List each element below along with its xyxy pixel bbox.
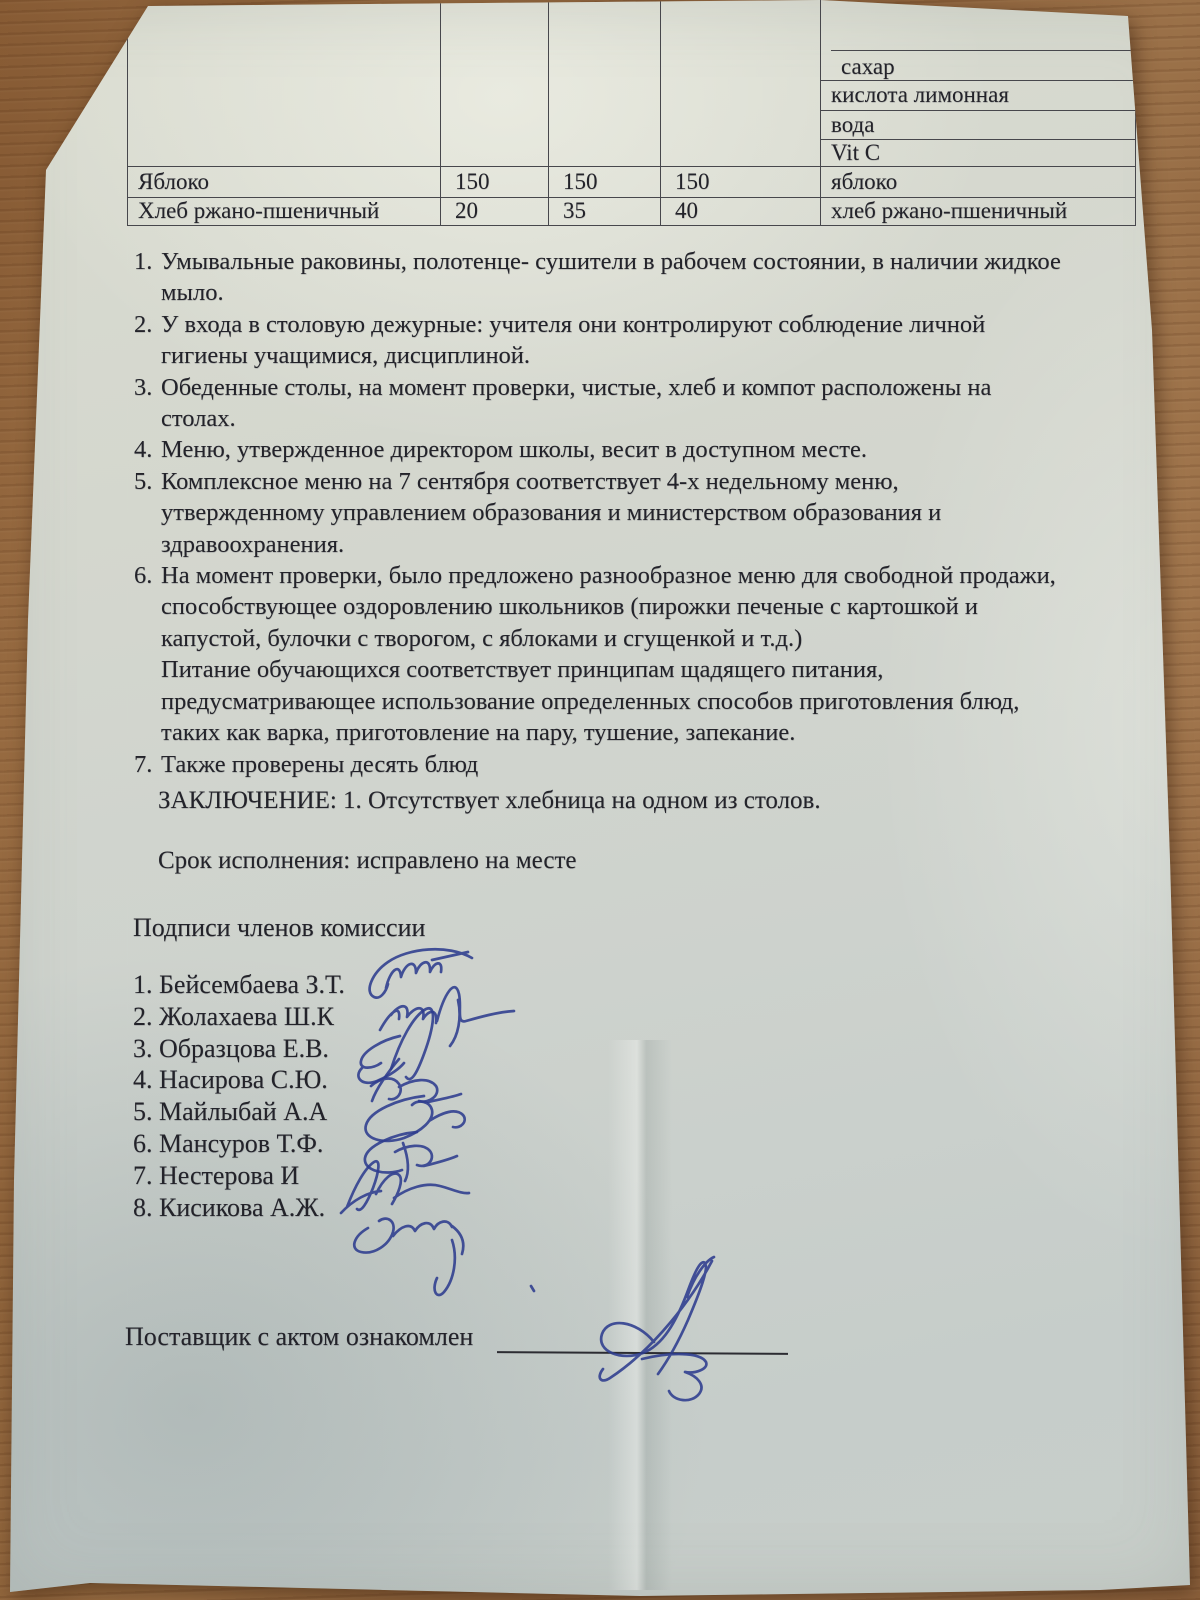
empty-dish-cell bbox=[128, 0, 441, 166]
member-name: 5. Майлыбай А.А bbox=[133, 1096, 345, 1128]
item-text: У входа в столовую дежурные: учителя они… bbox=[161, 309, 1066, 372]
item-text: На момент проверки, было предложено разн… bbox=[161, 560, 1066, 748]
portions-table: сахар кислота лимонная вода Vit C Яблоко… bbox=[127, 0, 1136, 226]
item-number: 7. bbox=[134, 749, 161, 780]
member-signature-4 bbox=[371, 1059, 461, 1102]
item-number: 2. bbox=[134, 309, 161, 372]
supplier-acknowledgement-label: Поставщик с актом ознакомлен bbox=[125, 1322, 473, 1352]
paper-crease bbox=[608, 1040, 672, 1590]
item-text: Также проверены десять блюд bbox=[161, 749, 1066, 780]
list-item: 7. Также проверены десять блюд bbox=[134, 749, 1074, 780]
item-number: 4. bbox=[134, 434, 161, 465]
commission-heading: Подписи членов комиссии bbox=[133, 913, 425, 943]
member-name: 8. Кисикова А.Ж. bbox=[133, 1192, 345, 1224]
item-text: Меню, утвержденное директором школы, вес… bbox=[161, 434, 1066, 465]
member-name: 2. Жолахаева Ш.К bbox=[133, 1001, 345, 1033]
member-signature-7 bbox=[341, 1161, 469, 1213]
member-name: 6. Мансуров Т.Ф. bbox=[133, 1128, 345, 1160]
commission-members-list: 1. Бейсембаева З.Т. 2. Жолахаева Ш.К 3. … bbox=[133, 969, 345, 1223]
member-signature-5 bbox=[366, 1096, 465, 1141]
conclusion-line: ЗАКЛЮЧЕНИЕ: 1. Отсутствует хлебница на о… bbox=[158, 787, 821, 815]
member-signature-1 bbox=[370, 949, 472, 997]
table-row: Хлеб ржано-пшеничный 20 35 40 хлеб ржано… bbox=[128, 197, 1136, 225]
list-item: 2. У входа в столовую дежурные: учителя … bbox=[134, 309, 1074, 372]
member-signature-3 bbox=[358, 1008, 433, 1083]
member-signature-2 bbox=[380, 987, 514, 1046]
list-item: 5. Комплексное меню на 7 сентября соотве… bbox=[134, 466, 1074, 560]
dish-name-cell: Хлеб ржано-пшеничный bbox=[128, 197, 441, 225]
member-signature-6 bbox=[365, 1132, 457, 1181]
portion-cell: 150 bbox=[441, 166, 549, 197]
deadline-line: Срок исполнения: исправлено на месте bbox=[158, 847, 577, 875]
table-row: Яблоко 150 150 150 яблоко bbox=[128, 166, 1136, 197]
empty-portion-cell-3 bbox=[661, 0, 821, 166]
item-number: 1. bbox=[134, 246, 161, 309]
empty-portion-cell-2 bbox=[549, 0, 661, 166]
item-text: Умывальные раковины, полотенце- сушители… bbox=[161, 246, 1066, 309]
member-name: 1. Бейсембаева З.Т. bbox=[133, 969, 345, 1001]
list-item: 4. Меню, утвержденное директором школы, … bbox=[134, 434, 1074, 465]
ingredient-cell: Vit C bbox=[821, 139, 1136, 166]
document-paper: сахар кислота лимонная вода Vit C Яблоко… bbox=[0, 0, 1200, 1600]
list-item: 1. Умывальные раковины, полотенце- сушит… bbox=[134, 246, 1074, 309]
member-name: 3. Образцова Е.В. bbox=[133, 1033, 345, 1065]
portion-cell: 40 bbox=[661, 197, 821, 225]
ink-dot bbox=[531, 1286, 534, 1291]
member-name: 4. Насирова С.Ю. bbox=[133, 1064, 345, 1096]
ingredient-cell: яблоко bbox=[821, 166, 1136, 197]
document-paper-wrap: сахар кислота лимонная вода Vit C Яблоко… bbox=[0, 0, 1200, 1600]
item-text: Комплексное меню на 7 сентября соответст… bbox=[161, 466, 1066, 560]
ingredient-cell: вода bbox=[821, 110, 1136, 139]
portion-cell: 20 bbox=[441, 197, 549, 225]
item-text-part2: Питание обучающихся соответствует принци… bbox=[161, 656, 1019, 746]
ingredient-cell: сахар bbox=[821, 0, 1136, 80]
portion-cell: 35 bbox=[549, 197, 661, 225]
item-number: 5. bbox=[134, 466, 161, 560]
portion-cell: 150 bbox=[661, 166, 821, 197]
member-signature-8 bbox=[354, 1219, 463, 1295]
item-number: 6. bbox=[134, 560, 161, 748]
ingredient-label: сахар bbox=[831, 50, 1135, 79]
portion-cell: 150 bbox=[549, 166, 661, 197]
list-item: 3. Обеденные столы, на момент проверки, … bbox=[134, 372, 1074, 435]
findings-list: 1. Умывальные раковины, полотенце- сушит… bbox=[134, 246, 1074, 780]
item-text-part1: На момент проверки, было предложено разн… bbox=[161, 562, 1056, 652]
item-number: 3. bbox=[134, 372, 161, 435]
item-text: Обеденные столы, на момент проверки, чис… bbox=[161, 372, 1066, 435]
member-name: 7. Нестерова И bbox=[133, 1160, 345, 1192]
list-item: 6. На момент проверки, было предложено р… bbox=[134, 560, 1074, 748]
empty-portion-cell-1 bbox=[441, 0, 549, 166]
dish-name-cell: Яблоко bbox=[128, 166, 441, 197]
ingredient-cell: кислота лимонная bbox=[821, 80, 1136, 110]
ingredient-cell: хлеб ржано-пшеничный bbox=[821, 197, 1136, 225]
